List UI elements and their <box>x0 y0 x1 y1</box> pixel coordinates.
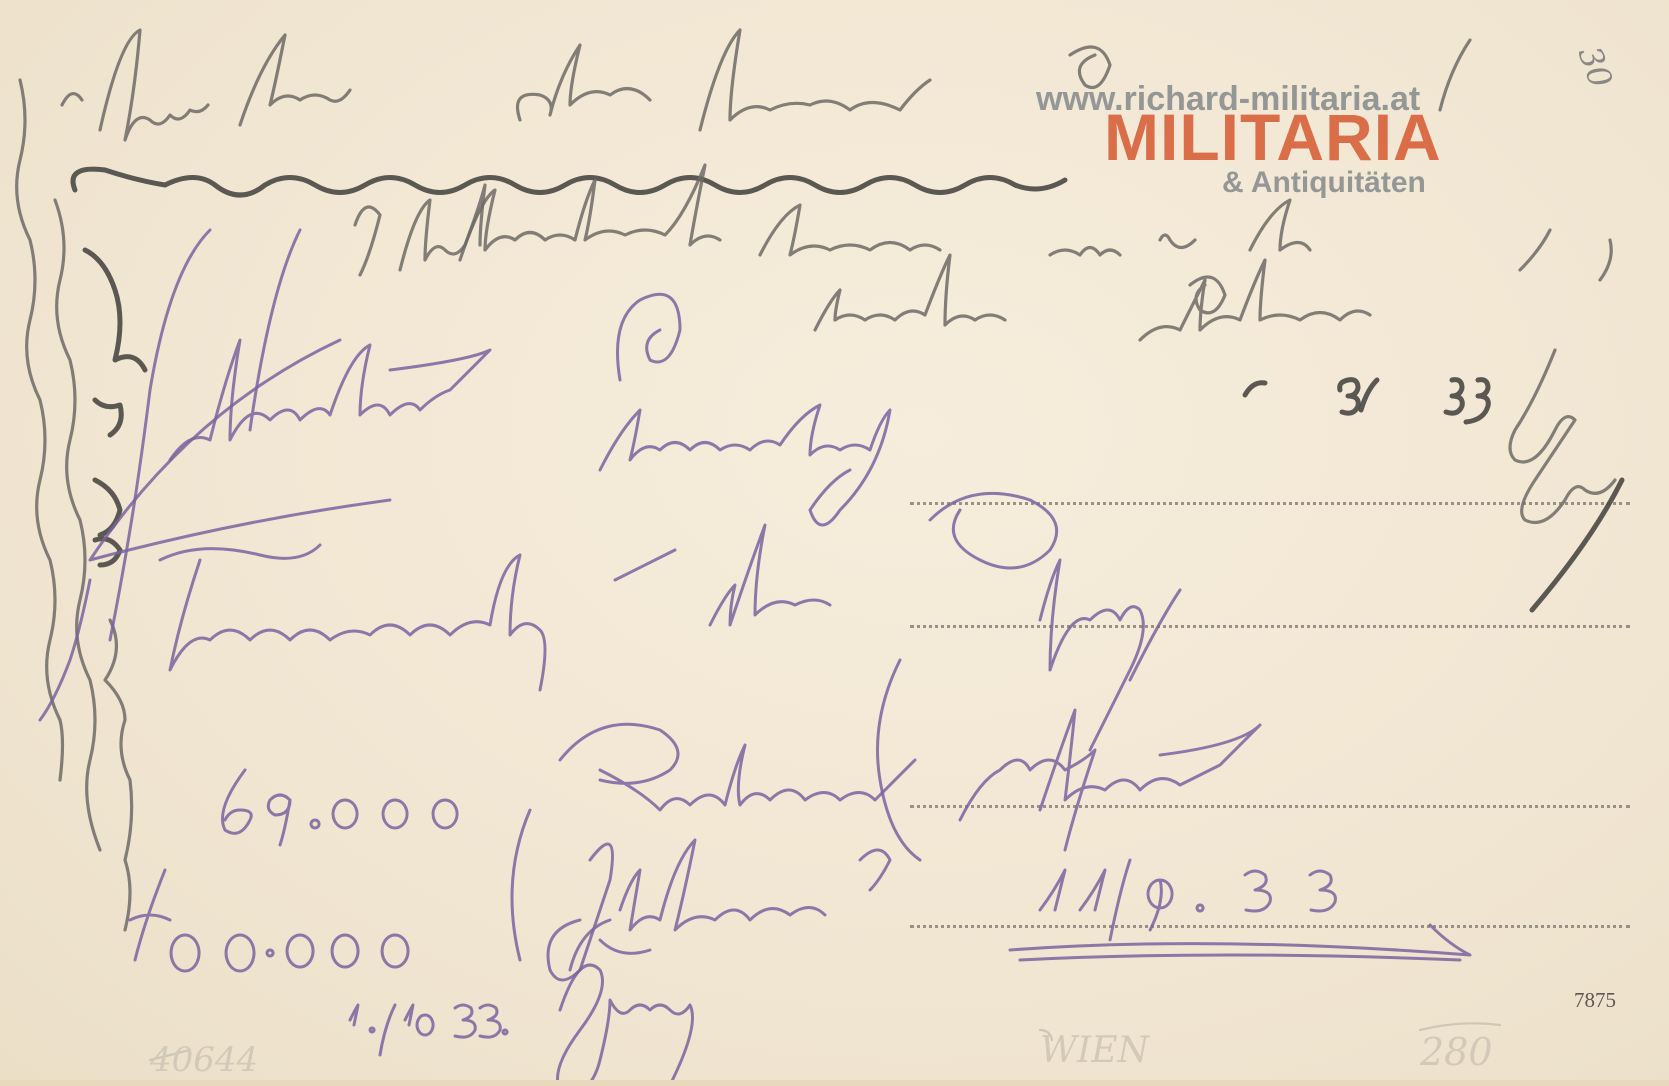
print-number: 7875 <box>1574 988 1616 1013</box>
watermark-subtitle: & Antiquitäten <box>1222 166 1426 200</box>
faint-note-center: WIEN <box>1040 1030 1149 1071</box>
faint-note-left: 40644 <box>150 1040 258 1080</box>
postcard-back: 40644 WIEN 280 30 www.richard-militaria.… <box>0 0 1669 1080</box>
card-bottom-edge <box>0 1080 1669 1086</box>
watermark-brand: MILITARIA <box>1104 104 1442 170</box>
faint-note-right: 280 <box>1420 1030 1493 1074</box>
